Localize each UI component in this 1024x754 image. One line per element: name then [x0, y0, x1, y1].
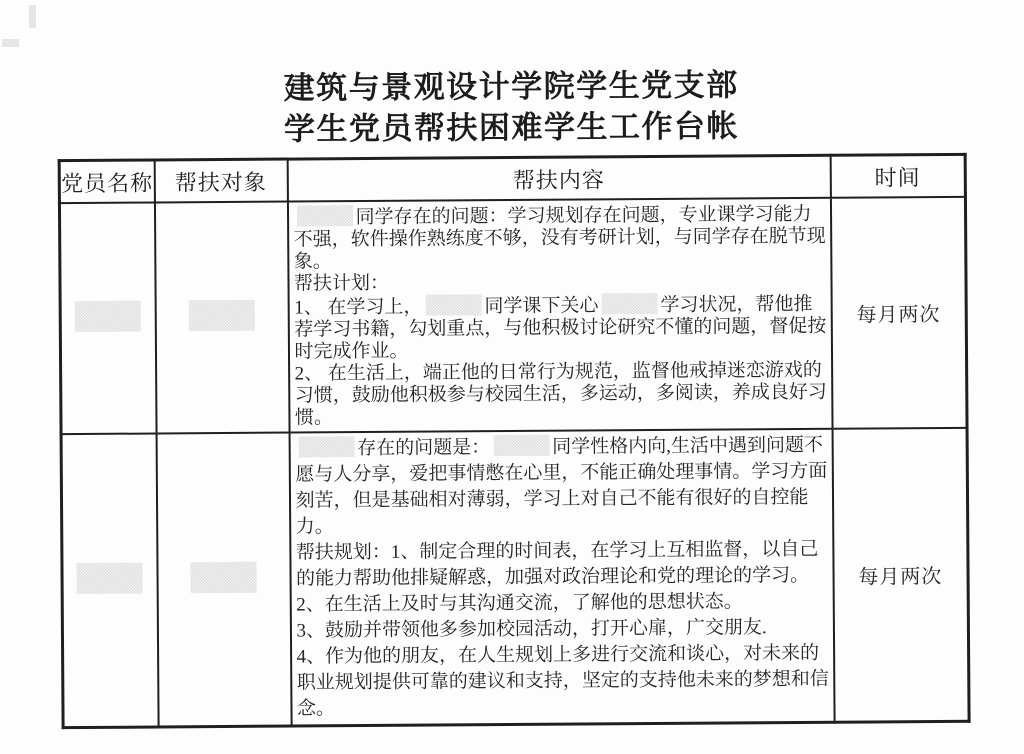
help-target-cell: [154, 202, 289, 434]
document-title-line1: 建筑与景观设计学院学生党支部: [57, 63, 965, 110]
content-paragraph: 2、在生活上及时与其沟通交流，了解他的思想状态。: [296, 589, 828, 619]
redacted-name-inline: [493, 435, 549, 456]
scan-artifact: [29, 5, 36, 28]
help-target-cell: [156, 433, 291, 727]
column-header-help-target: 帮扶对象: [154, 159, 287, 202]
frequency-cell: 每月两次: [832, 428, 969, 722]
table-row: 存在的问题是：同学性格内向,生活中遇到问题不愿与人分享，爱把事情憋在心里，不能正…: [61, 428, 969, 728]
document-title-line2: 学生党员帮扶困难学生工作台帐: [57, 104, 965, 151]
scan-artifact: [2, 39, 19, 47]
member-name-cell: [61, 433, 158, 727]
redacted-member-name: [77, 562, 143, 593]
table-row: 同学存在的问题：学习规划存在问题，专业课学习能力不强，软件操作熟练度不够，没有考…: [59, 197, 967, 434]
document-title: 建筑与景观设计学院学生党支部 学生党员帮扶困难学生工作台帐: [57, 63, 966, 151]
table-body: 同学存在的问题：学习规划存在问题，专业课学习能力不强，软件操作熟练度不够，没有考…: [59, 197, 969, 728]
column-header-time: 时间: [830, 154, 965, 197]
table-header-row: 党员名称 帮扶对象 帮扶内容 时间: [59, 154, 965, 203]
redacted-name-inline: [296, 205, 352, 226]
redacted-name-inline: [425, 294, 481, 315]
column-header-member-name: 党员名称: [59, 160, 154, 203]
help-content-cell: 存在的问题是：同学性格内向,生活中遇到问题不愿与人分享，爱把事情憋在心里，不能正…: [289, 429, 834, 726]
redacted-target-name: [189, 299, 255, 330]
content-paragraph: 存在的问题是：同学性格内向,生活中遇到问题不愿与人分享，爱把事情憋在心里，不能正…: [295, 433, 828, 541]
help-content-cell: 同学存在的问题：学习规划存在问题，专业课学习能力不强，软件操作熟练度不够，没有考…: [287, 198, 832, 433]
member-name-cell: [59, 202, 156, 434]
scanned-document: 建筑与景观设计学院学生党支部 学生党员帮扶困难学生工作台帐 党员名称 帮扶对象 …: [57, 63, 970, 729]
content-paragraph: 2、 在生活上，端正他的日常行为规范，监督他戒掉迷恋游戏的习惯，鼓励他积极参与校…: [295, 360, 827, 430]
content-paragraph: 1、 在学习上，同学课下关心学习状况，帮他推荐学习书籍，勾划重点，与他积极讨论研…: [294, 292, 826, 364]
redacted-name-inline: [601, 293, 657, 314]
content-paragraph: 4、作为他的朋友，在人生规划上多进行交流和谈心，对未来的职业规划提供可靠的建议和…: [297, 641, 830, 723]
redacted-member-name: [75, 300, 141, 331]
redacted-name-inline: [298, 436, 354, 457]
content-paragraph: 3、鼓励并带领他多参加校园活动，打开心扉，广交朋友.: [296, 615, 828, 645]
redacted-target-name: [190, 561, 256, 592]
content-paragraph: 同学存在的问题：学习规划存在问题，专业课学习能力不强，软件操作熟练度不够，没有考…: [293, 202, 825, 274]
work-ledger-table: 党员名称 帮扶对象 帮扶内容 时间 同学存在的问题：学习规划存在问题，专业课学习…: [58, 153, 971, 729]
frequency-cell: 每月两次: [830, 197, 967, 429]
column-header-help-content: 帮扶内容: [287, 155, 830, 201]
content-paragraph: 帮扶规划：1、制定合理的时间表，在学习上互相监督，以自己的能力帮助他排疑解惑，加…: [296, 537, 828, 593]
